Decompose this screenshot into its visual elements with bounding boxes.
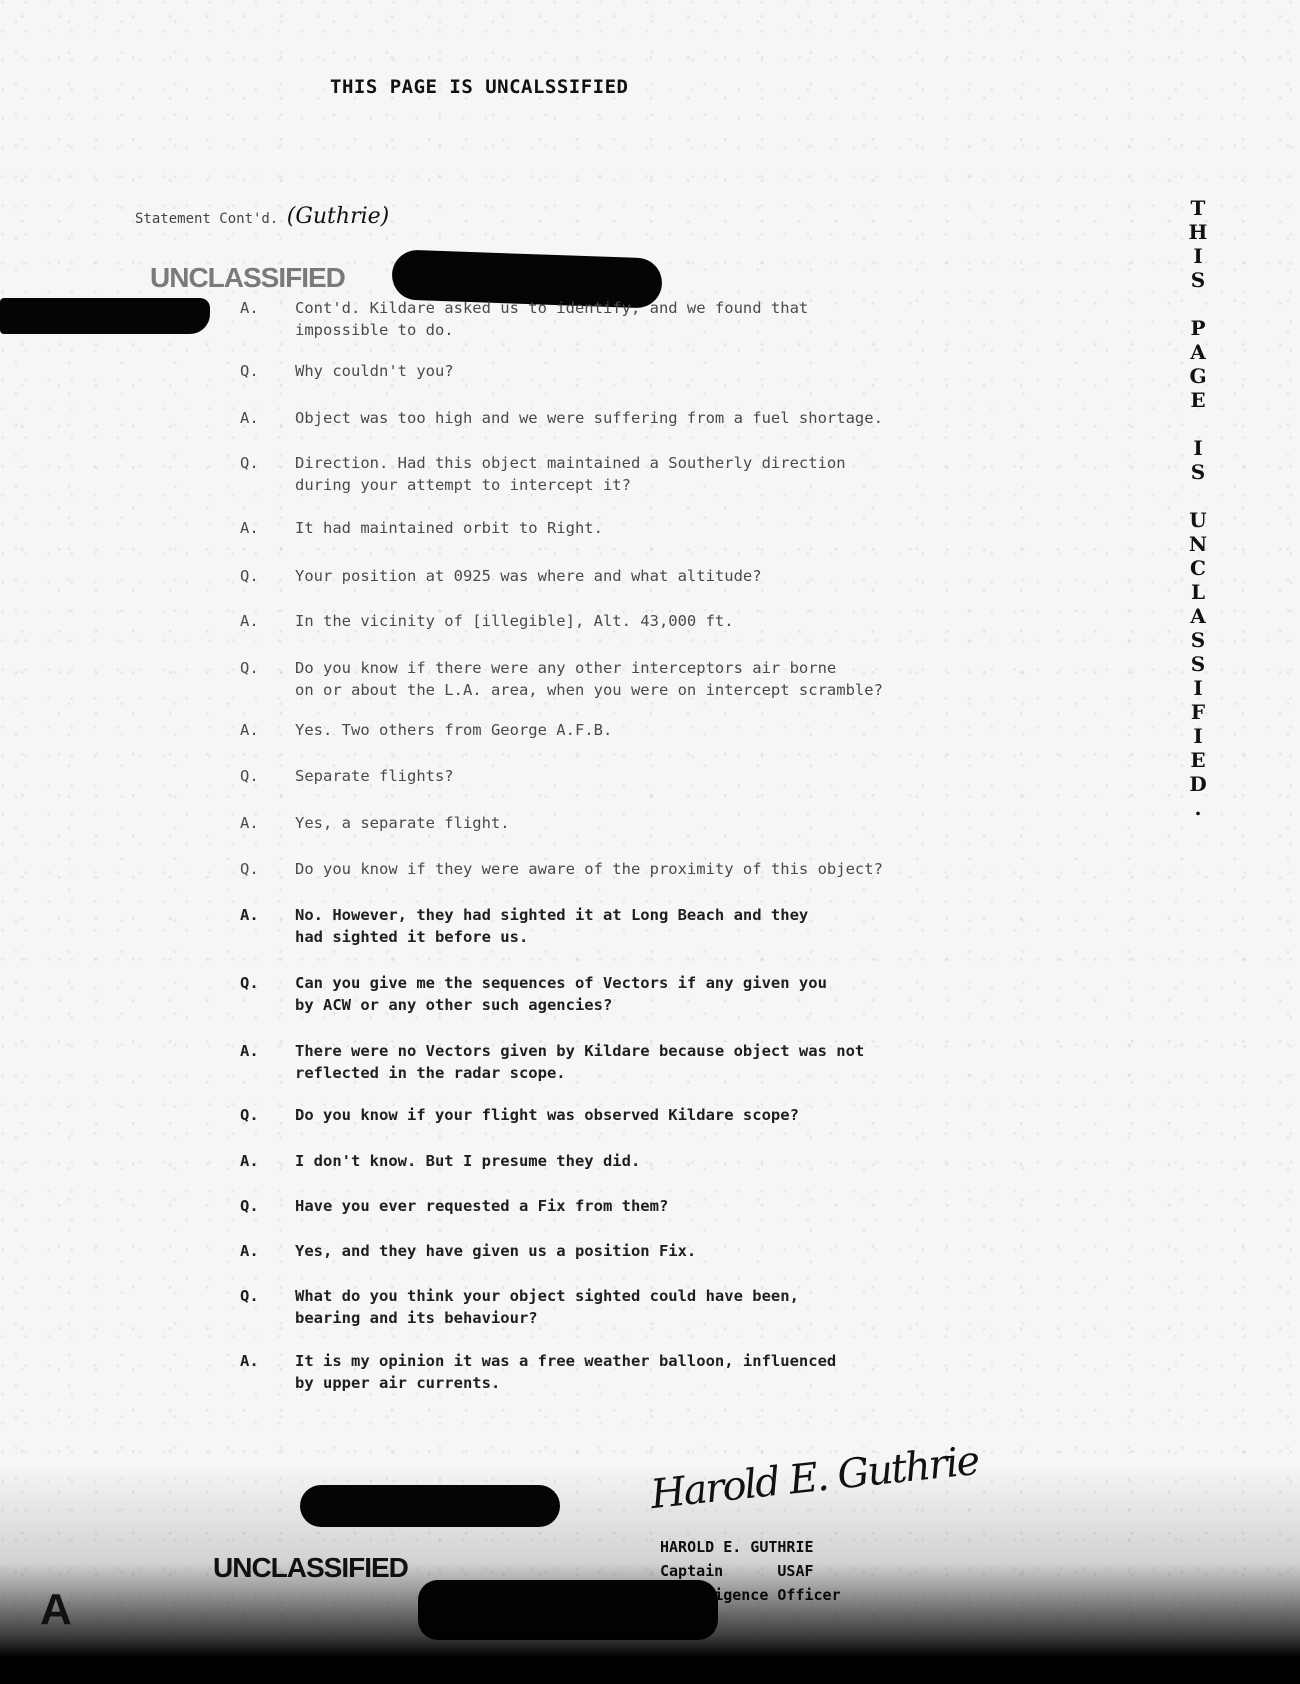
qa-text: Your position at 0925 was where and what… [295, 565, 762, 587]
vertical-letter [1188, 412, 1208, 436]
qa-marker: A. [240, 1350, 280, 1372]
qa-marker: A. [240, 1240, 280, 1262]
qa-marker: Q. [240, 1104, 280, 1126]
qa-marker: Q. [240, 765, 280, 787]
vertical-classification-notice: THIS PAGE IS UNCLASSIFIED. [1188, 196, 1208, 820]
qa-marker: Q. [240, 452, 280, 474]
qa-text: Direction. Had this object maintained a … [295, 452, 846, 496]
qa-marker: A. [240, 719, 280, 741]
vertical-letter: C [1188, 556, 1208, 580]
qa-marker: A. [240, 610, 280, 632]
vertical-letter: I [1188, 676, 1208, 700]
vertical-letter [1188, 292, 1208, 316]
qa-marker: Q. [240, 360, 280, 382]
qa-marker: Q. [240, 972, 280, 994]
qa-text: Yes. Two others from George A.F.B. [295, 719, 612, 741]
vertical-letter: I [1188, 244, 1208, 268]
vertical-letter: N [1188, 532, 1208, 556]
qa-text: No. However, they had sighted it at Long… [295, 904, 808, 948]
vertical-letter: . [1188, 796, 1208, 820]
vertical-letter: S [1188, 268, 1208, 292]
vertical-letter: D [1188, 772, 1208, 796]
scanned-document-page: THIS PAGE IS UNCALSSIFIED Statement Cont… [0, 0, 1300, 1684]
qa-text: Do you know if your flight was observed … [295, 1104, 799, 1126]
redaction-bar [0, 298, 210, 334]
qa-text: Can you give me the sequences of Vectors… [295, 972, 827, 1016]
vertical-letter: P [1188, 316, 1208, 340]
qa-marker: A. [240, 1150, 280, 1172]
qa-marker: A. [240, 517, 280, 539]
qa-text: Do you know if there were any other inte… [295, 657, 883, 701]
qa-marker: Q. [240, 1195, 280, 1217]
vertical-letter: A [1188, 340, 1208, 364]
qa-text: It is my opinion it was a free weather b… [295, 1350, 836, 1394]
vertical-letter: S [1188, 460, 1208, 484]
handwritten-annotation: (Guthrie) [287, 204, 390, 229]
qa-marker: Q. [240, 858, 280, 880]
qa-marker: A. [240, 297, 280, 319]
scan-shadow [0, 1464, 1300, 1684]
vertical-letter: E [1188, 388, 1208, 412]
vertical-letter [1188, 484, 1208, 508]
qa-text: Yes, a separate flight. [295, 812, 510, 834]
qa-marker: Q. [240, 565, 280, 587]
vertical-letter: I [1188, 724, 1208, 748]
qa-marker: Q. [240, 657, 280, 679]
qa-text: Separate flights? [295, 765, 454, 787]
qa-text: Object was too high and we were sufferin… [295, 407, 883, 429]
qa-text: I don't know. But I presume they did. [295, 1150, 640, 1172]
vertical-letter: S [1188, 628, 1208, 652]
vertical-letter: L [1188, 580, 1208, 604]
qa-text: Why couldn't you? [295, 360, 454, 382]
vertical-letter: U [1188, 508, 1208, 532]
qa-marker: A. [240, 812, 280, 834]
qa-text: What do you think your object sighted co… [295, 1285, 799, 1329]
qa-marker: A. [240, 407, 280, 429]
unclassified-stamp-top: UNCLASSIFIED [150, 262, 345, 294]
qa-marker: A. [240, 904, 280, 926]
qa-text: Do you know if they were aware of the pr… [295, 858, 883, 880]
corner-mark: A [40, 1585, 72, 1635]
qa-marker: Q. [240, 1285, 280, 1307]
qa-text: It had maintained orbit to Right. [295, 517, 603, 539]
vertical-letter: G [1188, 364, 1208, 388]
qa-text: Yes, and they have given us a position F… [295, 1240, 696, 1262]
vertical-letter: F [1188, 700, 1208, 724]
vertical-letter: A [1188, 604, 1208, 628]
vertical-letter: S [1188, 652, 1208, 676]
qa-text: Cont'd. Kildare asked us to identify, an… [295, 297, 808, 341]
classification-header: THIS PAGE IS UNCALSSIFIED [330, 76, 628, 98]
statement-label: Statement Cont'd. [135, 211, 278, 227]
vertical-letter: I [1188, 436, 1208, 460]
qa-text: In the vicinity of [illegible], Alt. 43,… [295, 610, 734, 632]
qa-marker: A. [240, 1040, 280, 1062]
qa-text: Have you ever requested a Fix from them? [295, 1195, 668, 1217]
statement-continued-label: Statement Cont'd. (Guthrie) [135, 204, 389, 229]
vertical-letter: E [1188, 748, 1208, 772]
vertical-letter: T [1188, 196, 1208, 220]
qa-text: There were no Vectors given by Kildare b… [295, 1040, 864, 1084]
vertical-letter: H [1188, 220, 1208, 244]
